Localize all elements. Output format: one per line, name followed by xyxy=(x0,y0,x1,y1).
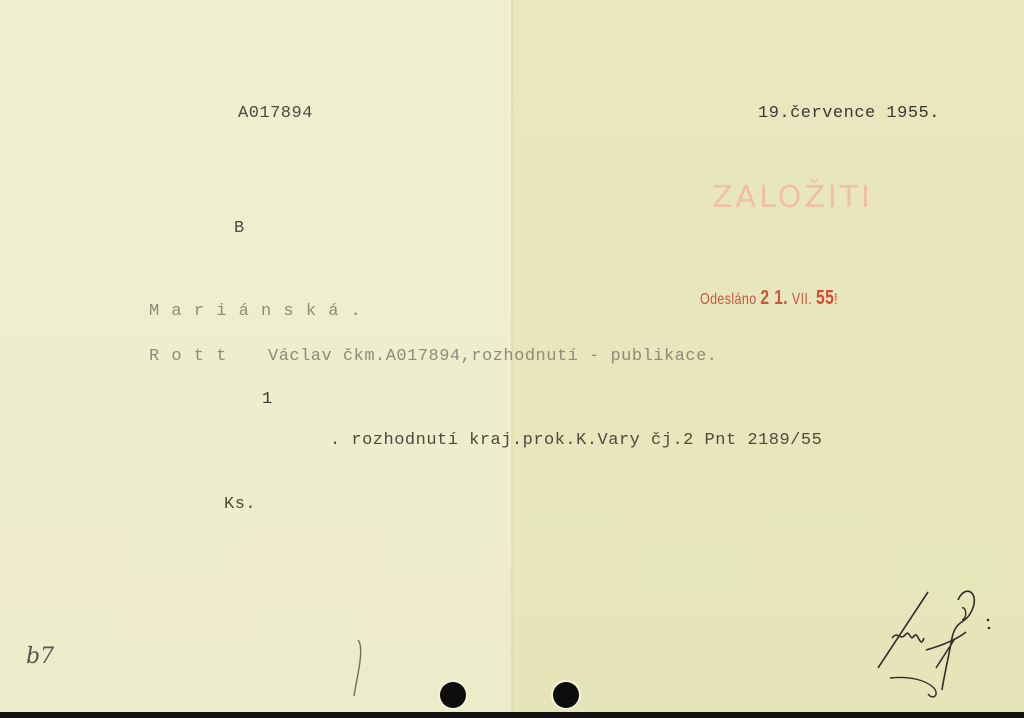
file-stamp: ZALOŽITI xyxy=(712,180,873,215)
reference-number: A017894 xyxy=(238,104,313,123)
attachment-count: 1 xyxy=(262,390,273,409)
document-page: A017894 19.července 1955. ZALOŽITI Odesl… xyxy=(0,0,1024,718)
place-name: M a r i á n s k á . xyxy=(149,302,362,321)
punch-hole-left xyxy=(440,682,466,708)
handwritten-page-number: b7 xyxy=(26,644,54,669)
punch-hole-right xyxy=(553,682,579,708)
pencil-mark-icon xyxy=(350,638,370,698)
recipient-code: B xyxy=(234,219,245,238)
subject-line: Václav čkm.A017894,rozhodnutí - publikac… xyxy=(268,347,717,366)
subject-surname: R o t t xyxy=(149,347,227,366)
document-date: 19.července 1955. xyxy=(758,104,940,123)
sent-stamp-month: VII. xyxy=(792,291,812,308)
typist-initials: Ks. xyxy=(224,495,256,514)
scanner-edge xyxy=(0,712,1024,718)
sent-stamp: Odesláno 2 1. VII. 55! xyxy=(700,287,838,310)
sent-stamp-mark: ! xyxy=(834,291,838,308)
sent-stamp-year: 55 xyxy=(816,287,834,309)
attachment-line: . rozhodnutí kraj.prok.K.Vary čj.2 Pnt 2… xyxy=(330,431,822,450)
signature-icon xyxy=(870,580,990,700)
sent-stamp-day: 2 1. xyxy=(760,287,788,309)
sent-stamp-label: Odesláno xyxy=(700,291,757,308)
